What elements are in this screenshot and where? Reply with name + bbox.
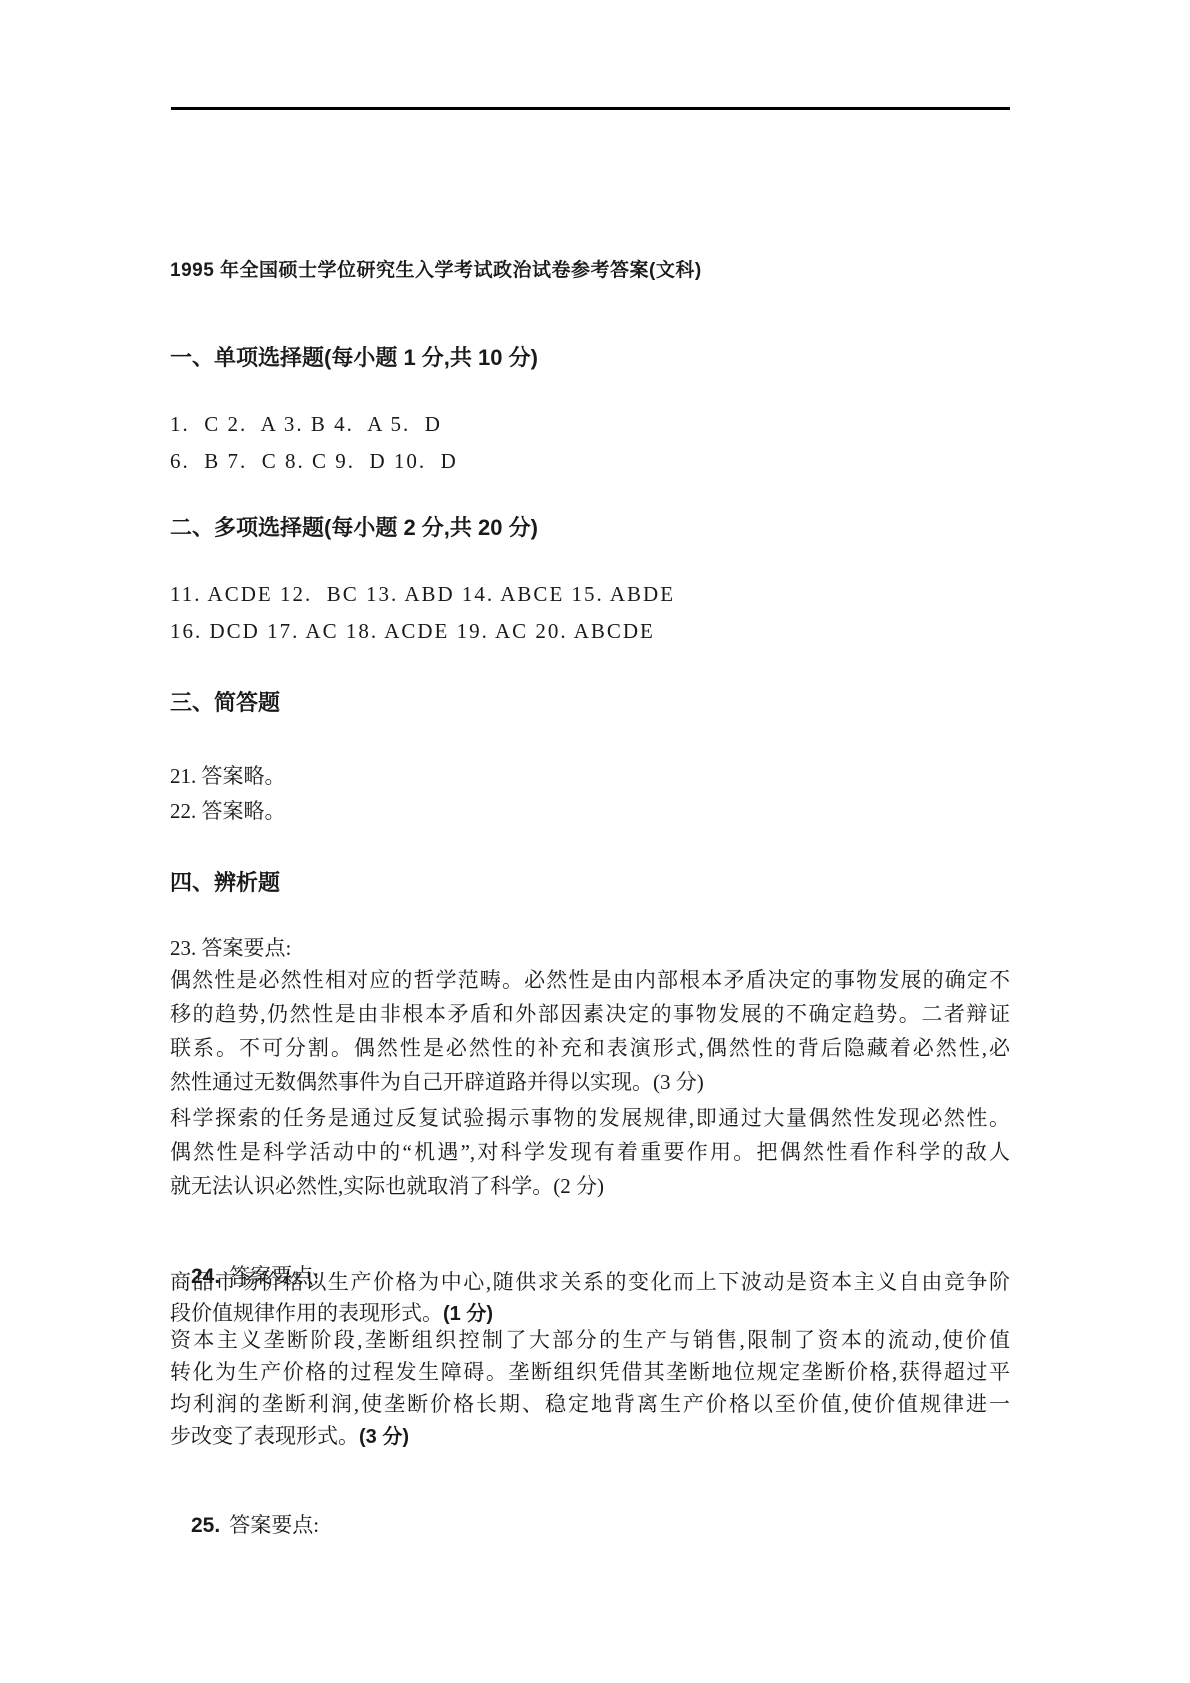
paragraph-text: 段价值规律作用的表现形式。 [170,1301,443,1325]
item-24-paragraph-2: 资本主义垄断阶段,垄断组织控制了大部分的生产与销售,限制了资本的流动,使价值 转… [170,1324,1010,1453]
section-2-answers-row-2: 16. DCD 17. AC 18. ACDE 19. AC 20. ABCDE [170,619,655,644]
paragraph-line: 偶然性是必然性相对应的哲学范畴。必然性是由内部根本矛盾决定的事物发展的确定不 [170,963,1010,997]
document-page: 1995 年全国硕士学位研究生入学考试政治试卷参考答案(文科) 一、单项选择题(… [0,0,1190,1683]
paragraph-line: 转化为生产价格的过程发生障碍。垄断组织凭借其垄断地位规定垄断价格,获得超过平 [170,1356,1010,1388]
section-2-heading: 二、多项选择题(每小题 2 分,共 20 分) [170,511,538,542]
paragraph-line: 科学探索的任务是通过反复试验揭示事物的发展规律,即通过大量偶然性发现必然性。 [170,1101,1010,1135]
section-1-answers-row-2: 6. B 7. C 8. C 9. D 10. D [170,449,458,474]
paragraph-line: 移的趋势,仍然性是由非根本矛盾和外部因素决定的事物发展的不确定趋势。二者辩证 [170,997,1010,1031]
score-marker: (3 分) [359,1426,409,1448]
item-23-label: 23. 答案要点: [170,932,291,962]
section-1-heading: 一、单项选择题(每小题 1 分,共 10 分) [170,341,538,372]
item-25-label: 25.答案要点: [170,1484,319,1564]
section-2-answers-row-1: 11. ACDE 12. BC 13. ABD 14. ABCE 15. ABD… [170,582,675,607]
header-rule [171,107,1010,110]
paragraph-line: 联系。不可分割。偶然性是必然性的补充和表演形式,偶然性的背后隐藏着必然性,必 [170,1031,1010,1065]
section-1-answers-row-1: 1. C 2. A 3. B 4. A 5. D [170,412,442,437]
paragraph-line: 商品市场价格以生产价格为中心,随供求关系的变化而上下波动是资本主义自由竞争阶 [170,1267,1010,1298]
section-3-heading: 三、简答题 [170,686,280,717]
item-21: 21. 答案略。 [170,760,286,790]
paragraph-line: 均利润的垄断利润,使垄断价格长期、稳定地背离生产价格以至价值,使价值规律进一 [170,1388,1010,1420]
item-25-number: 25. [191,1514,220,1537]
item-25-label-text: 答案要点: [229,1513,319,1537]
paragraph-line: 就无法认识必然性,实际也就取消了科学。(2 分) [170,1169,1010,1203]
score-marker: (1 分) [443,1303,493,1325]
paragraph-line: 步改变了表现形式。(3 分) [170,1420,1010,1453]
item-23-paragraph-2: 科学探索的任务是通过反复试验揭示事物的发展规律,即通过大量偶然性发现必然性。 偶… [170,1101,1010,1203]
paragraph-line: 偶然性是科学活动中的“机遇”,对科学发现有着重要作用。把偶然性看作科学的敌人 [170,1135,1010,1169]
section-4-heading: 四、辨析题 [170,866,280,897]
paragraph-text: 步改变了表现形式。 [170,1424,359,1448]
item-23-paragraph-1: 偶然性是必然性相对应的哲学范畴。必然性是由内部根本矛盾决定的事物发展的确定不 移… [170,963,1010,1099]
item-24-paragraph-1: 商品市场价格以生产价格为中心,随供求关系的变化而上下波动是资本主义自由竞争阶 段… [170,1267,1010,1330]
item-22: 22. 答案略。 [170,795,286,825]
paragraph-line: 然性通过无数偶然事件为自己开辟道路并得以实现。(3 分) [170,1065,1010,1099]
document-title: 1995 年全国硕士学位研究生入学考试政治试卷参考答案(文科) [170,255,702,282]
paragraph-line: 资本主义垄断阶段,垄断组织控制了大部分的生产与销售,限制了资本的流动,使价值 [170,1324,1010,1356]
